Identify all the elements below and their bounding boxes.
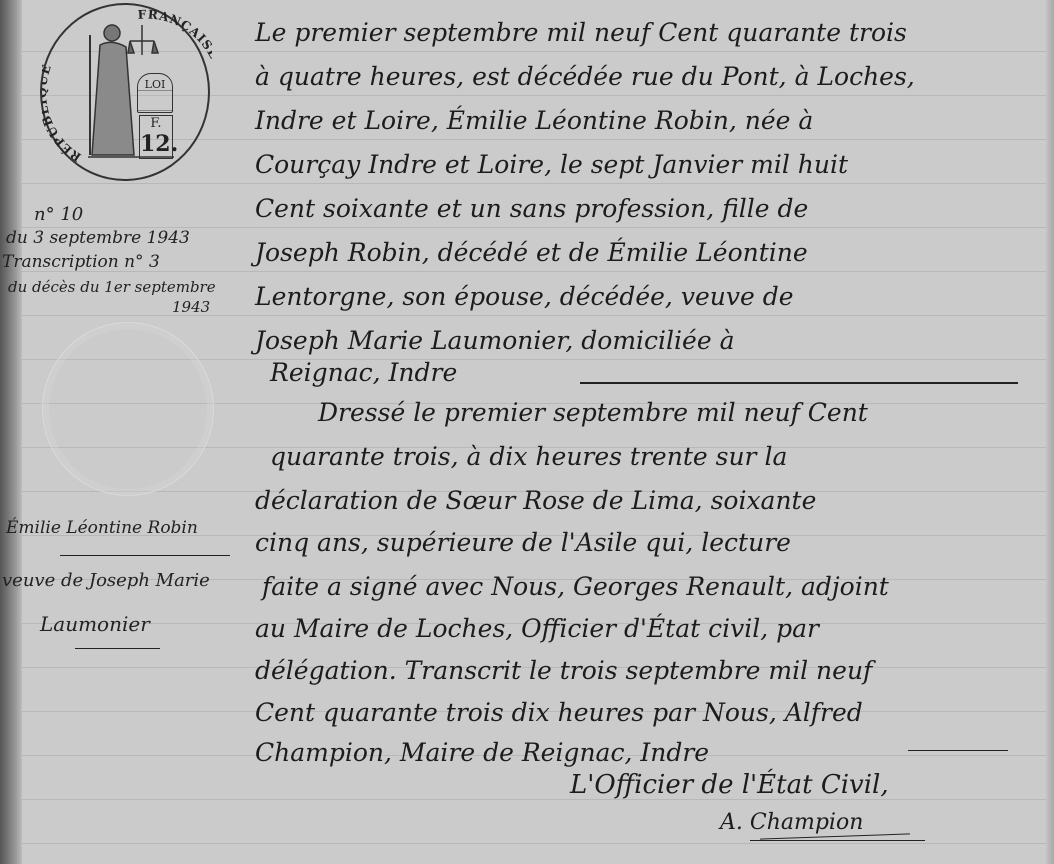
margin-entry-number: n° 10 — [34, 204, 83, 225]
margin-transcription: Transcription n° 3 — [2, 252, 160, 272]
margin-surname: Laumonier — [40, 612, 150, 636]
signature-underline — [750, 840, 925, 841]
seal-arc-text-icon: RÉPUBLIQUE FRANÇAISE — [42, 5, 212, 183]
margin-rule — [75, 648, 160, 649]
margin-veuve: veuve de Joseph Marie — [2, 570, 210, 591]
line-fill-rule — [580, 382, 1018, 384]
body-line: Reignac, Indre — [270, 358, 457, 387]
body-line: délégation. Transcrit le trois septembre… — [255, 656, 872, 685]
body-line: Dressé le premier septembre mil neuf Cen… — [318, 398, 868, 427]
stamp-number: 12. — [140, 132, 172, 156]
margin-deces: du décès du 1er septembre — [8, 278, 216, 296]
body-line: Joseph Marie Laumonier, domiciliée à — [255, 326, 734, 355]
officer-title: L'Officier de l'État Civil, — [570, 770, 889, 800]
margin-rule — [60, 555, 230, 556]
body-line: Indre et Loire, Émilie Léontine Robin, n… — [255, 106, 813, 135]
body-line: Le premier septembre mil neuf Cent quara… — [255, 18, 907, 47]
body-line: au Maire de Loches, Officier d'État civi… — [255, 614, 819, 643]
margin-name-signature: Émilie Léontine Robin — [6, 518, 198, 538]
body-line: Courçay Indre et Loire, le sept Janvier … — [255, 150, 848, 179]
body-line: déclaration de Sœur Rose de Lima, soixan… — [255, 486, 816, 515]
loi-tablet: LOI — [137, 73, 173, 113]
body-line: Champion, Maire de Reignac, Indre — [255, 738, 709, 767]
body-line: Cent soixante et un sans profession, fil… — [255, 194, 808, 223]
mayor-signature: A. Champion — [720, 810, 863, 835]
stamp-letter: F. — [140, 116, 172, 132]
margin-year: 1943 — [172, 298, 210, 316]
register-page: RÉPUBLIQUE FRANÇAISE LOI F. 12. n° 10 du… — [0, 0, 1054, 864]
body-line: Cent quarante trois dix heures par Nous,… — [255, 698, 863, 727]
body-line: cinq ans, supérieure de l'Asile qui, lec… — [255, 528, 791, 557]
embossed-seal-icon — [42, 322, 214, 496]
body-line: à quatre heures, est décédée rue du Pont… — [255, 62, 915, 91]
republique-francaise-seal: RÉPUBLIQUE FRANÇAISE LOI F. 12. — [40, 3, 210, 181]
stamp-value-box: F. 12. — [139, 115, 173, 159]
page-edge — [1046, 0, 1054, 864]
margin-date: du 3 septembre 1943 — [6, 228, 190, 248]
svg-text:RÉPUBLIQUE: RÉPUBLIQUE — [42, 62, 84, 164]
body-line: Lentorgne, son épouse, décédée, veuve de — [255, 282, 794, 311]
line-fill-rule — [908, 750, 1008, 751]
book-binding-shadow — [0, 0, 22, 864]
body-line: quarante trois, à dix heures trente sur … — [270, 442, 787, 471]
svg-text:FRANÇAISE: FRANÇAISE — [137, 7, 212, 61]
body-line: faite a signé avec Nous, Georges Renault… — [262, 572, 889, 601]
body-line: Joseph Robin, décédé et de Émilie Léonti… — [255, 238, 808, 267]
